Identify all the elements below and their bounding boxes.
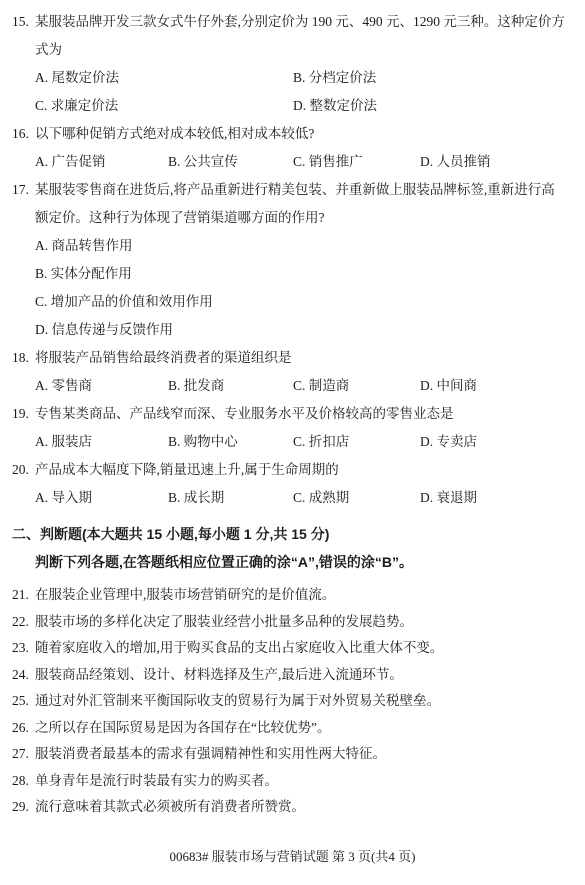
question-18-options: A. 零售商 B. 批发商 C. 制造商 D. 中间商 [12, 372, 577, 400]
question-24: 24.服装商品经策划、设计、材料选择及生产,最后进入流通环节。 [12, 662, 577, 689]
question-25-number: 25. [12, 688, 35, 715]
question-15-number: 15. [12, 8, 35, 36]
question-19-number: 19. [12, 400, 35, 428]
question-16-text: 以下哪种促销方式绝对成本较低,相对成本较低? [35, 126, 314, 141]
question-26: 26.之所以存在国际贸易是因为各国存在“比较优势”。 [12, 715, 577, 742]
question-18-option-a: A. 零售商 [35, 372, 168, 400]
question-19-option-a: A. 服装店 [35, 428, 168, 456]
question-17-option-d: D. 信息传递与反馈作用 [12, 316, 577, 344]
section-2-instruction: 判断下列各题,在答题纸相应位置正确的涂“A”,错误的涂“B”。 [12, 548, 577, 576]
question-20-options: A. 导入期 B. 成长期 C. 成熟期 D. 衰退期 [12, 484, 577, 512]
question-25-text: 通过对外汇管制来平衡国际收支的贸易行为属于对外贸易关税壁垒。 [35, 693, 440, 708]
section-2-title: 二、判断题(本大题共 15 小题,每小题 1 分,共 15 分) [12, 520, 577, 548]
question-18-number: 18. [12, 344, 35, 372]
question-26-number: 26. [12, 715, 35, 742]
question-19-option-b: B. 购物中心 [168, 428, 293, 456]
question-26-text: 之所以存在国际贸易是因为各国存在“比较优势”。 [35, 720, 330, 735]
question-20-option-d: D. 衰退期 [420, 484, 577, 512]
question-15-text-line1: 某服装品牌开发三款女式牛仔外套,分别定价为 190 元、490 元、1290 元… [35, 14, 565, 29]
question-15-options-row1: A. 尾数定价法 B. 分档定价法 [12, 64, 577, 92]
question-18-text: 将服装产品销售给最终消费者的渠道组织是 [35, 350, 292, 365]
question-18-option-b: B. 批发商 [168, 372, 293, 400]
question-21: 21.在服装企业管理中,服装市场营销研究的是价值流。 [12, 582, 577, 609]
question-29-text: 流行意味着其款式必须被所有消费者所赞赏。 [35, 799, 305, 814]
question-24-text: 服装商品经策划、设计、材料选择及生产,最后进入流通环节。 [35, 667, 403, 682]
question-16-options: A. 广告促销 B. 公共宣传 C. 销售推广 D. 人员推销 [12, 148, 577, 176]
question-25: 25.通过对外汇管制来平衡国际收支的贸易行为属于对外贸易关税壁垒。 [12, 688, 577, 715]
question-27-text: 服装消费者最基本的需求有强调精神性和实用性两大特征。 [35, 746, 386, 761]
question-27: 27.服装消费者最基本的需求有强调精神性和实用性两大特征。 [12, 741, 577, 768]
question-19: 19.专售某类商品、产品线窄而深、专业服务水平及价格较高的零售业态是 A. 服装… [12, 400, 577, 456]
question-20-option-c: C. 成熟期 [293, 484, 420, 512]
question-16-option-a: A. 广告促销 [35, 148, 168, 176]
question-15: 15.某服装品牌开发三款女式牛仔外套,分别定价为 190 元、490 元、129… [12, 8, 577, 120]
question-15-option-b: B. 分档定价法 [293, 64, 577, 92]
question-15-option-c: C. 求廉定价法 [35, 92, 293, 120]
question-20: 20.产品成本大幅度下降,销量迅速上升,属于生命周期的 A. 导入期 B. 成长… [12, 456, 577, 512]
question-29: 29.流行意味着其款式必须被所有消费者所赞赏。 [12, 794, 577, 821]
question-20-option-b: B. 成长期 [168, 484, 293, 512]
question-20-number: 20. [12, 456, 35, 484]
question-17-number: 17. [12, 176, 35, 204]
question-18-option-c: C. 制造商 [293, 372, 420, 400]
question-19-option-d: D. 专卖店 [420, 428, 577, 456]
question-19-options: A. 服装店 B. 购物中心 C. 折扣店 D. 专卖店 [12, 428, 577, 456]
question-18-option-d: D. 中间商 [420, 372, 577, 400]
exam-page: 15.某服装品牌开发三款女式牛仔外套,分别定价为 190 元、490 元、129… [0, 0, 585, 885]
question-19-text: 专售某类商品、产品线窄而深、专业服务水平及价格较高的零售业态是 [35, 406, 454, 421]
question-22-number: 22. [12, 609, 35, 636]
question-16-option-b: B. 公共宣传 [168, 148, 293, 176]
question-17-option-c: C. 增加产品的价值和效用作用 [12, 288, 577, 316]
question-15-options-row2: C. 求廉定价法 D. 整数定价法 [12, 92, 577, 120]
question-17-text-line1: 某服装零售商在进货后,将产品重新进行精美包装、并重新做上服装品牌标签,重新进行高 [35, 182, 555, 197]
question-23-number: 23. [12, 635, 35, 662]
question-29-number: 29. [12, 794, 35, 821]
question-24-number: 24. [12, 662, 35, 689]
question-17-option-b: B. 实体分配作用 [12, 260, 577, 288]
question-15-text-line2: 式为 [12, 36, 577, 64]
question-17: 17.某服装零售商在进货后,将产品重新进行精美包装、并重新做上服装品牌标签,重新… [12, 176, 577, 344]
question-28: 28.单身青年是流行时装最有实力的购买者。 [12, 768, 577, 795]
question-19-option-c: C. 折扣店 [293, 428, 420, 456]
question-20-text: 产品成本大幅度下降,销量迅速上升,属于生命周期的 [35, 462, 339, 477]
question-16-option-d: D. 人员推销 [420, 148, 577, 176]
question-23-text: 随着家庭收入的增加,用于购买食品的支出占家庭收入比重大体不变。 [35, 640, 443, 655]
question-28-number: 28. [12, 768, 35, 795]
question-15-option-d: D. 整数定价法 [293, 92, 577, 120]
question-22: 22.服装市场的多样化决定了服装业经营小批量多品种的发展趋势。 [12, 609, 577, 636]
question-16: 16.以下哪种促销方式绝对成本较低,相对成本较低? A. 广告促销 B. 公共宣… [12, 120, 577, 176]
question-18: 18.将服装产品销售给最终消费者的渠道组织是 A. 零售商 B. 批发商 C. … [12, 344, 577, 400]
question-20-option-a: A. 导入期 [35, 484, 168, 512]
question-22-text: 服装市场的多样化决定了服装业经营小批量多品种的发展趋势。 [35, 614, 413, 629]
question-17-text-line2: 额定价。这种行为体现了营销渠道哪方面的作用? [12, 204, 577, 232]
question-23: 23.随着家庭收入的增加,用于购买食品的支出占家庭收入比重大体不变。 [12, 635, 577, 662]
question-27-number: 27. [12, 741, 35, 768]
question-16-option-c: C. 销售推广 [293, 148, 420, 176]
question-21-number: 21. [12, 582, 35, 609]
question-28-text: 单身青年是流行时装最有实力的购买者。 [35, 773, 278, 788]
page-footer: 00683# 服装市场与营销试题 第 3 页(共4 页) [0, 846, 585, 865]
question-17-option-a: A. 商品转售作用 [12, 232, 577, 260]
true-false-section: 21.在服装企业管理中,服装市场营销研究的是价值流。 22.服装市场的多样化决定… [12, 582, 577, 821]
question-16-number: 16. [12, 120, 35, 148]
question-21-text: 在服装企业管理中,服装市场营销研究的是价值流。 [35, 587, 335, 602]
question-15-option-a: A. 尾数定价法 [35, 64, 293, 92]
